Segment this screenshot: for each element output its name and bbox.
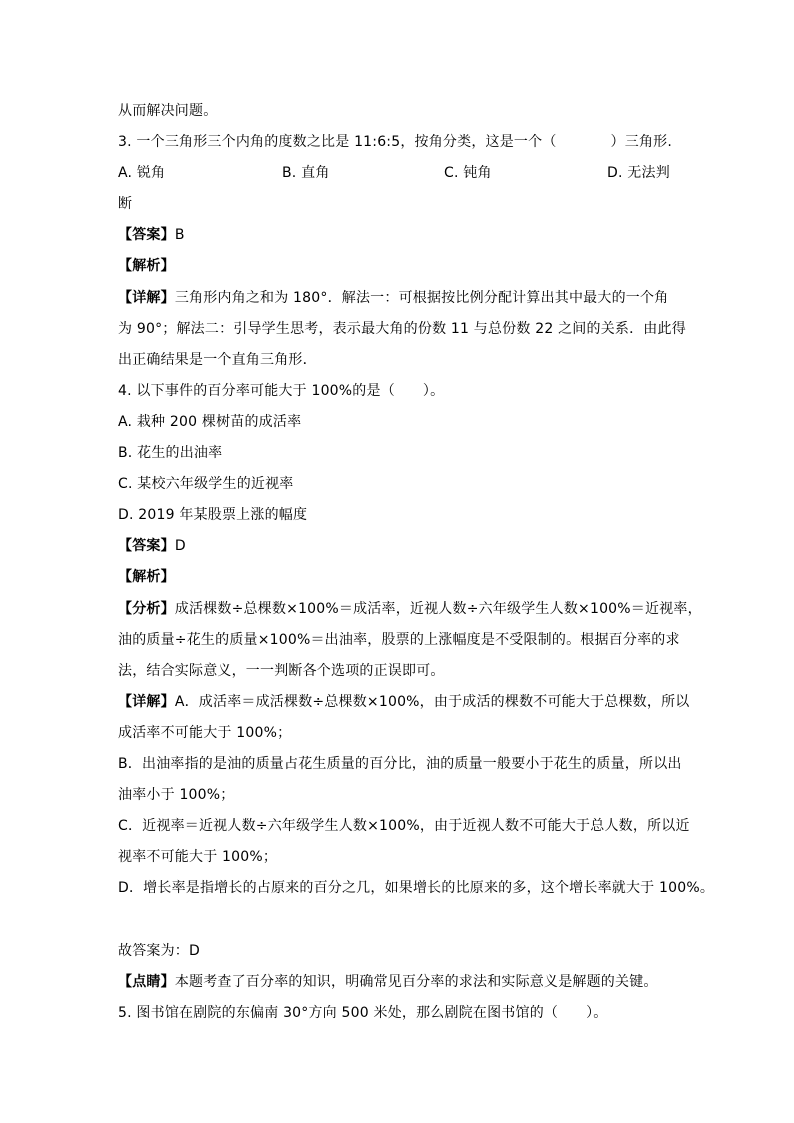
answer-line: 【答案】B [118,220,698,251]
option-b: B. 花生的出油率 [118,438,698,469]
detail-line: 为 90°；解法二：引导学生思考，表示最大角的份数 11 与总份数 22 之间的… [118,314,698,345]
detail-text: A．成活率＝成活棵数÷总棵数×100%，由于成活的棵数不可能大于总棵数，所以 [175,694,690,710]
answer-value: D [175,538,186,554]
option-text: 无法判 [627,165,670,181]
analysis-heading: 【解析】 [118,251,698,282]
option-d: D. 2019 年某股票上涨的幅度 [118,500,698,531]
option-label: A. [118,414,132,430]
option-c: C. 某校六年级学生的近视率 [118,469,698,500]
analysis-label: 【解析】 [118,258,175,274]
question-number: 5. [118,1005,132,1021]
answer-line: 【答案】D [118,531,698,562]
option-label: C. [118,476,133,492]
option-text: 栽种 200 棵树苗的成活率 [137,414,301,430]
option-label: B. [282,165,296,181]
option-d: D. 无法判 [607,158,670,189]
detail-line: D．增长率是指增长的占原来的百分之几，如果增长的比原来的多，这个增长率就大于 1… [118,873,698,904]
dianjing-label: 【点睛】 [118,974,175,990]
option-a: A. 锐角 [118,158,165,189]
fenxi-line: 【分析】成活棵数÷总棵数×100%＝成活率，近视人数÷六年级学生人数×100%＝… [118,594,698,625]
answer-label: 【答案】 [118,538,175,554]
option-label: D. [607,165,623,181]
option-label: C. [444,165,459,181]
conclusion-line: 故答案为：D [118,936,698,967]
detail-label: 【详解】 [118,290,175,306]
question-text-after: ）。 [423,383,444,399]
option-text: 某校六年级学生的近视率 [137,476,293,492]
detail-line: 视率不可能大于 100%； [118,842,698,873]
analysis-label: 【解析】 [118,569,175,585]
document-page: 从而解决问题。 3. 一个三角形三个内角的度数之比是 11:6:5，按角分类，这… [118,96,698,1029]
option-c: C. 钝角 [444,158,492,189]
question-text-before: 一个三角形三个内角的度数之比是 11:6:5，按角分类，这是一个（ [136,134,556,150]
blank-line [118,904,698,935]
answer-value: B [175,227,185,243]
fenxi-line: 法，结合实际意义，一一判断各个选项的正误即可。 [118,656,698,687]
fenxi-text: 成活棵数÷总棵数×100%＝成活率，近视人数÷六年级学生人数×100%＝近视率， [175,601,702,617]
detail-line: 成活率不可能大于 100%； [118,718,698,749]
detail-line: 出正确结果是一个直角三角形． [118,345,698,376]
fenxi-line: 油的质量÷花生的质量×100%＝出油率，股票的上涨幅度是不受限制的。根据百分率的… [118,625,698,656]
continuation-text: 从而解决问题。 [118,96,698,127]
detail-line: B．出油率指的是油的质量占花生质量的百分比，油的质量一般要小于花生的质量，所以出 [118,749,698,780]
question-number: 4. [118,383,132,399]
detail-line: C．近视率＝近视人数÷六年级学生人数×100%，由于近视人数不可能大于总人数，所… [118,811,698,842]
option-label: B. [118,445,132,461]
question-4-stem: 4. 以下事件的百分率可能大于 100%的是（）。 [118,376,698,407]
dianjing-line: 【点睛】本题考查了百分率的知识，明确常见百分率的求法和实际意义是解题的关键。 [118,967,698,998]
question-text-after: ）三角形. [611,134,672,150]
option-label: A. [118,165,132,181]
question-text-before: 图书馆在剧院的东偏南 30°方向 500 米处，那么剧院在图书馆的（ [136,1005,558,1021]
question-3-stem: 3. 一个三角形三个内角的度数之比是 11:6:5，按角分类，这是一个（）三角形… [118,127,698,158]
analysis-heading: 【解析】 [118,562,698,593]
question-text-after: ）。 [586,1005,607,1021]
question-5-stem: 5. 图书馆在剧院的东偏南 30°方向 500 米处，那么剧院在图书馆的（）。 [118,998,698,1029]
option-label: D. [118,507,134,523]
option-text: 锐角 [137,165,165,181]
dianjing-text: 本题考查了百分率的知识，明确常见百分率的求法和实际意义是解题的关键。 [175,974,658,990]
fenxi-label: 【分析】 [118,601,175,617]
option-a: A. 栽种 200 棵树苗的成活率 [118,407,698,438]
detail-line: 【详解】A．成活率＝成活棵数÷总棵数×100%，由于成活的棵数不可能大于总棵数，… [118,687,698,718]
option-d-wrap: 断 [118,189,698,220]
question-3-options: A. 锐角 B. 直角 C. 钝角 D. 无法判 [118,158,698,189]
option-text: 2019 年某股票上涨的幅度 [138,507,307,523]
detail-line: 油率小于 100%； [118,780,698,811]
option-text: 钝角 [463,165,491,181]
option-text: 花生的出油率 [137,445,222,461]
detail-line: 【详解】三角形内角之和为 180°．解法一：可根据按比例分配计算出其中最大的一个… [118,283,698,314]
option-text: 直角 [301,165,329,181]
detail-text: 三角形内角之和为 180°．解法一：可根据按比例分配计算出其中最大的一个角 [175,290,669,306]
answer-label: 【答案】 [118,227,175,243]
option-b: B. 直角 [282,158,330,189]
question-number: 3. [118,134,132,150]
detail-label: 【详解】 [118,694,175,710]
question-text-before: 以下事件的百分率可能大于 100%的是（ [136,383,394,399]
